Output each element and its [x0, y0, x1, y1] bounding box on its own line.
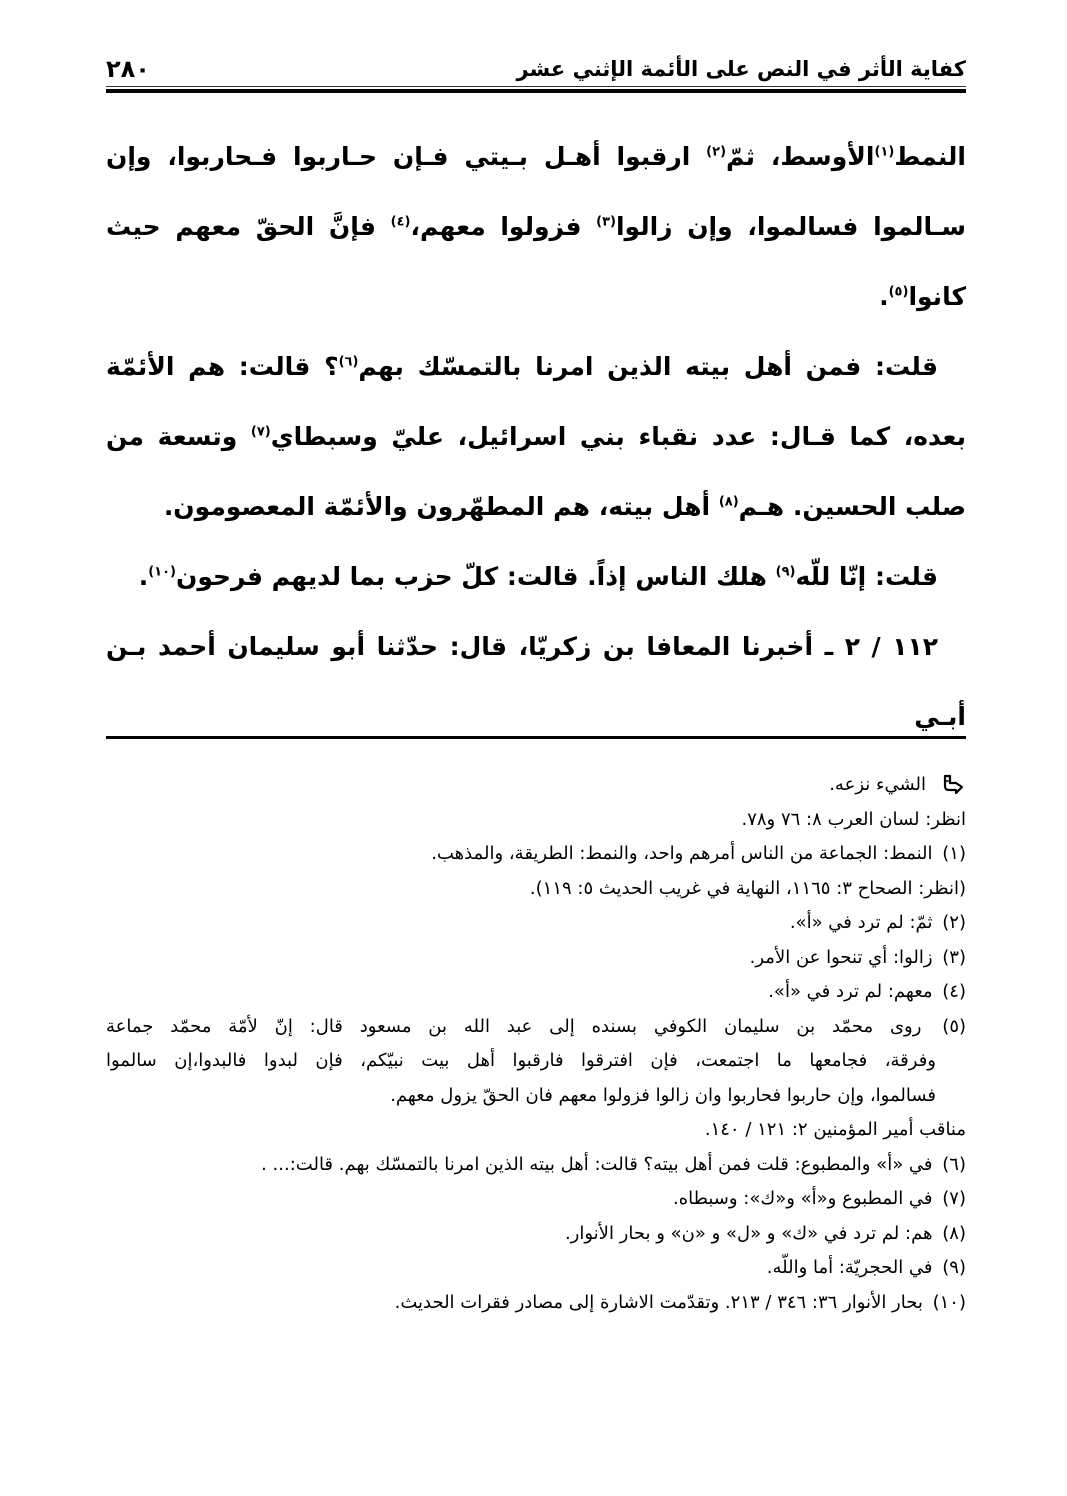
footnote-line: وفرقة، فجامعها ما اجتمعت، فإن افترقوا فا…	[106, 1044, 966, 1079]
footnote-number: (٢)	[937, 912, 966, 933]
footnote-marker: (٩)	[776, 565, 796, 580]
text-run: هلك الناس إذاً. قالت: كلّ حزب بما لديهم …	[176, 562, 776, 591]
footnote-line: مناقب أمير المؤمنين ٢: ١٢١ / ١٤٠.	[106, 1113, 966, 1148]
footnote-text: (انظر: الصحاح ٣: ١١٦٥، النهاية في غريب ا…	[530, 878, 966, 899]
header-rule-thick	[106, 89, 966, 93]
footnote-text: في المطبوع و«أ» و«ك»: وسبطاه.	[673, 1188, 933, 1209]
footnote-separator	[106, 736, 966, 739]
text-run: الأوسط، ثمّ	[726, 142, 874, 171]
footnote-marker: (٦)	[339, 355, 359, 370]
paragraph: النمط(١)الأوسط، ثمّ(٢) ارقبوا أهـل بـيتي…	[106, 122, 966, 332]
footnote-number: (٨)	[937, 1223, 966, 1244]
footnote-line: (٢) ثمّ: لم ترد في «أ».	[106, 906, 966, 941]
text-run: .	[139, 562, 149, 591]
footnote-text: في «أ» والمطبوع: قلت فمن أهل بيته؟ قالت:…	[261, 1154, 932, 1175]
text-run: فزولوا معهم،	[411, 212, 597, 241]
footnote-text: ثمّ: لم ترد في «أ».	[790, 912, 933, 933]
footnote-line: (٦) في «أ» والمطبوع: قلت فمن أهل بيته؟ ق…	[106, 1148, 966, 1183]
footnote-number: (٧)	[937, 1188, 966, 1209]
footnote-line: فسالموا، وإن حاربوا فحاربوا وان زالوا فز…	[106, 1079, 966, 1114]
footnotes: الشيء نزعه.انظر: لسان العرب ٨: ٧٦ و٧٨.(١…	[106, 768, 966, 1320]
footnote-marker: (٣)	[596, 215, 616, 230]
paragraph: قلت: فمن أهل بيته الذين امرنا بالتمسّك ب…	[106, 332, 966, 542]
text-run: .	[879, 282, 889, 311]
footnote-number: (٤)	[937, 981, 966, 1002]
footnote-text: النمط: الجماعة من الناس أمرهم واحد، والن…	[431, 843, 932, 864]
text-run: قلت: إنّا للّه	[795, 562, 938, 591]
footnote-text: بحار الأنوار ٣٦: ٣٤٦ / ٢١٣. وتقدّمت الاش…	[395, 1292, 923, 1313]
book-page: كفاية الأثر في النص على الأئمة الإثني عش…	[106, 0, 966, 1496]
footnote-line: (٧) في المطبوع و«أ» و«ك»: وسبطاه.	[106, 1182, 966, 1217]
footnote-line: (١) النمط: الجماعة من الناس أمرهم واحد، …	[106, 837, 966, 872]
pointing-hand-icon	[940, 772, 966, 798]
footnote-text: فسالموا، وإن حاربوا فحاربوا وان زالوا فز…	[390, 1085, 936, 1106]
paragraph: ١١٢ / ٢ ـ أخبرنا المعافا بن زكريّا، قال:…	[106, 612, 966, 752]
footnote-number: (٥)	[925, 1016, 966, 1037]
text-run: ١١٢ / ٢ ـ أخبرنا المعافا بن زكريّا، قال:…	[106, 632, 966, 731]
footnote-text: في الحجريّة: أما واللّه.	[767, 1257, 933, 1278]
footnote-line: (٣) زالوا: أي تنحوا عن الأمر.	[106, 941, 966, 976]
footnote-marker: (١)	[874, 145, 894, 160]
footnote-line: (انظر: الصحاح ٣: ١١٦٥، النهاية في غريب ا…	[106, 872, 966, 907]
footnote-text: انظر: لسان العرب ٨: ٧٦ و٧٨.	[741, 809, 966, 830]
paragraph: قلت: إنّا للّه(٩) هلك الناس إذاً. قالت: …	[106, 542, 966, 612]
footnote-text: زالوا: أي تنحوا عن الأمر.	[750, 947, 933, 968]
footnote-number: (٩)	[937, 1257, 966, 1278]
footnote-line: (٩) في الحجريّة: أما واللّه.	[106, 1251, 966, 1286]
book-title: كفاية الأثر في النص على الأئمة الإثني عش…	[516, 54, 966, 84]
footnote-marker: (١٠)	[148, 565, 176, 580]
footnote-text: معهم: لم ترد في «أ».	[768, 981, 932, 1002]
footnote-line: (٤) معهم: لم ترد في «أ».	[106, 975, 966, 1010]
footnote-marker: (٧)	[251, 425, 271, 440]
footnote-line: الشيء نزعه.	[106, 768, 966, 803]
footnote-marker: (٤)	[391, 215, 411, 230]
main-text: النمط(١)الأوسط، ثمّ(٢) ارقبوا أهـل بـيتي…	[106, 122, 966, 752]
footnote-number: (١)	[937, 843, 966, 864]
footnote-number: (٣)	[937, 947, 966, 968]
footnote-number: (١٠)	[927, 1292, 966, 1313]
footnote-line: (١٠) بحار الأنوار ٣٦: ٣٤٦ / ٢١٣. وتقدّمت…	[106, 1286, 966, 1321]
text-run: أهل بيته، هم المطهّرون والأئمّة المعصومو…	[164, 492, 719, 521]
footnote-marker: (٢)	[706, 145, 726, 160]
footnote-text: هم: لم ترد في «ك» و «ل» و «ن» و بحار الأ…	[565, 1223, 933, 1244]
page-number: ٢٨٠	[106, 54, 150, 84]
footnote-marker: (٥)	[889, 285, 909, 300]
header-rule-thin	[106, 86, 966, 87]
footnote-line: انظر: لسان العرب ٨: ٧٦ و٧٨.	[106, 803, 966, 838]
footnote-text: روى محمّد بن سليمان الكوفي بسنده إلى عبد…	[106, 1016, 921, 1037]
text-run: قلت: فمن أهل بيته الذين امرنا بالتمسّك ب…	[358, 352, 938, 381]
footnote-text: الشيء نزعه.	[829, 774, 926, 795]
text-run: النمط	[894, 142, 966, 171]
footnote-text: مناقب أمير المؤمنين ٢: ١٢١ / ١٤٠.	[705, 1119, 966, 1140]
footnote-text: وفرقة، فجامعها ما اجتمعت، فإن افترقوا فا…	[106, 1050, 936, 1071]
running-header: كفاية الأثر في النص على الأئمة الإثني عش…	[106, 50, 966, 84]
footnote-line: (٥) روى محمّد بن سليمان الكوفي بسنده إلى…	[106, 1010, 966, 1045]
footnote-line: (٨) هم: لم ترد في «ك» و «ل» و «ن» و بحار…	[106, 1217, 966, 1252]
footnote-number: (٦)	[937, 1154, 966, 1175]
footnote-marker: (٨)	[719, 495, 739, 510]
